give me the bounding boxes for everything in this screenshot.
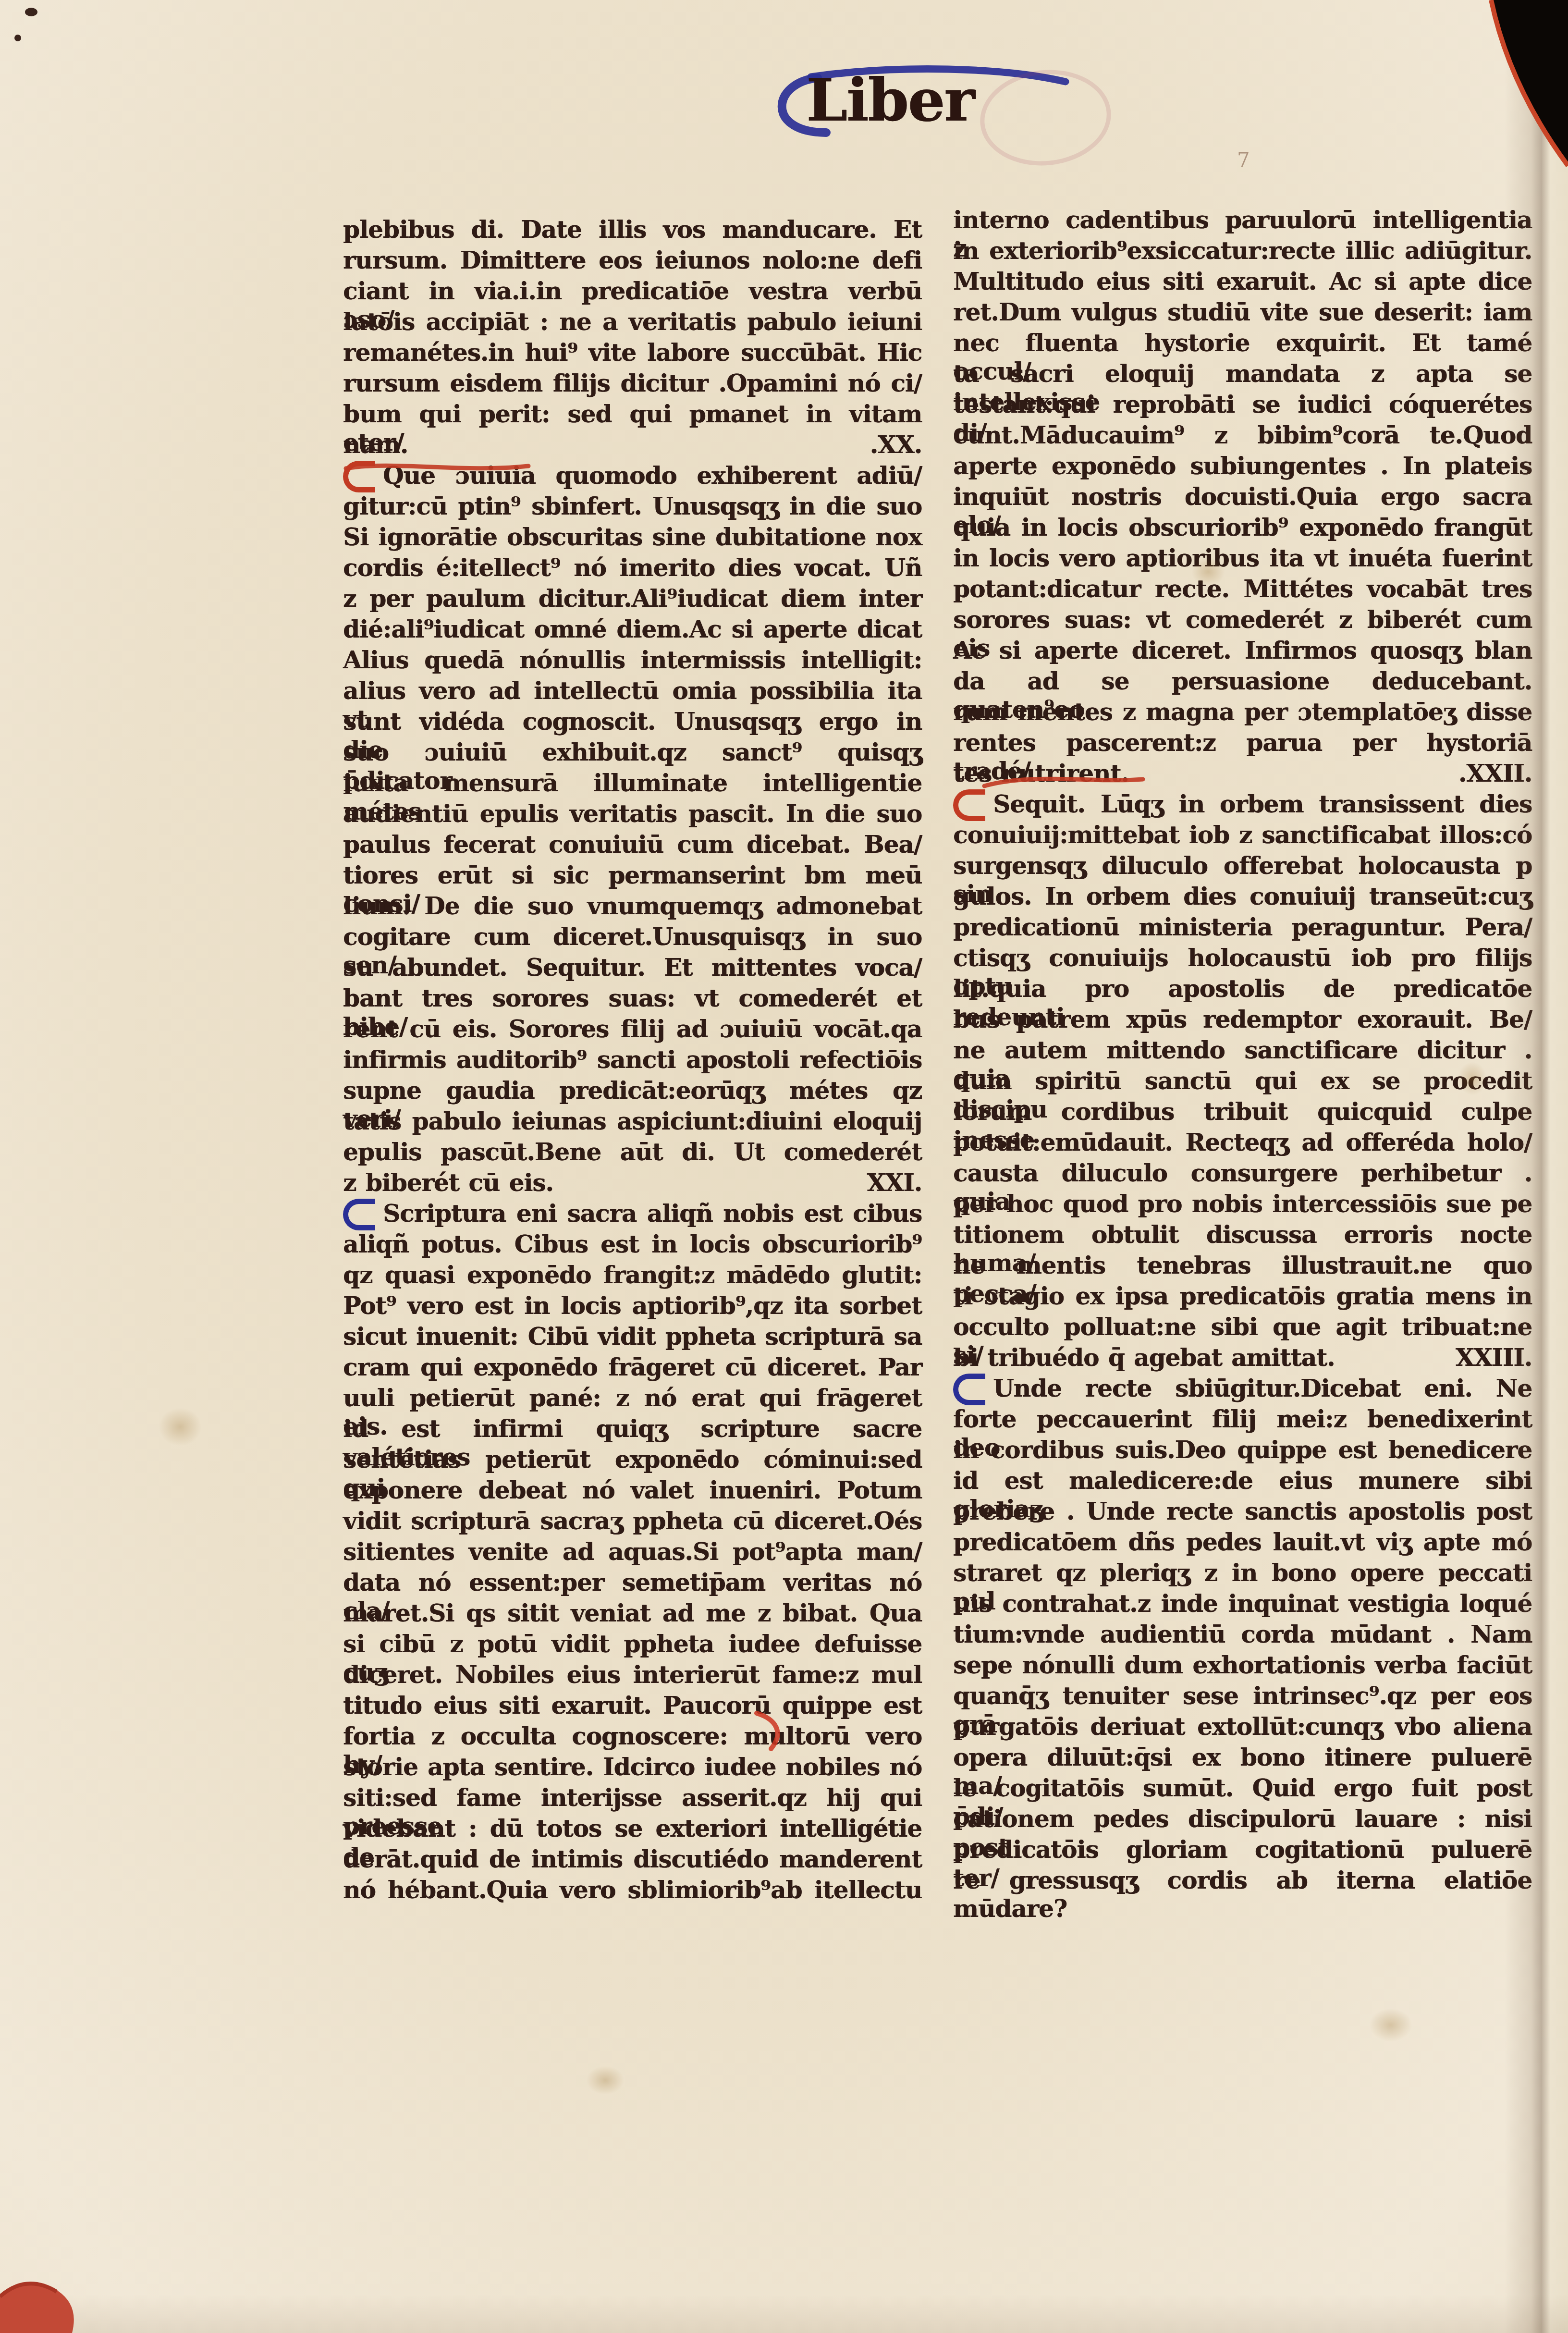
- text-line: ne autem mittendo sanctificare dicitur .…: [953, 1036, 1532, 1067]
- text-line: videbant : dū totos se exteriori intelli…: [343, 1814, 922, 1845]
- text-line: cram qui exponēdo frāgeret cū diceret. P…: [343, 1353, 922, 1384]
- text-line: nó hébant.Quia vero sblimiorib⁹ab itelle…: [343, 1876, 922, 1906]
- line-text: cunt.Māducauim⁹ z bibim⁹corā te.Quod: [953, 421, 1532, 449]
- text-line: si cibū z potū vidit ppheta iudee defuis…: [343, 1630, 922, 1660]
- text-line: re gressusqʒ cordis ab iterna elatiōe mū…: [953, 1866, 1532, 1897]
- text-line: Sequit. Lūqʒ in orbem transissent dies: [953, 790, 1532, 821]
- line-text: uis contrahat.z inde inquinat vestigia l…: [953, 1589, 1532, 1618]
- line-text: purgatōis deriuat extollūt:cunqʒ vbo ali…: [953, 1712, 1532, 1741]
- text-line: quanq̄ʒ tenuiter sese intrinsec⁹.qz per …: [953, 1682, 1532, 1712]
- foxing-spot: [586, 2066, 625, 2095]
- text-line: maret.Si qs sitit veniat ad me z bibat. …: [343, 1599, 922, 1630]
- text-line: titionem obtulit discussa erroris nocte …: [953, 1220, 1532, 1251]
- text-line: paulus fecerat conuiuiū cum dicebat. Bea…: [343, 830, 922, 861]
- line-text: nó hébant.Quia vero sblimiorib⁹ab itelle…: [343, 1876, 922, 1904]
- text-line: uis contrahat.z inde inquinat vestigia l…: [953, 1589, 1532, 1620]
- line-text: paulus fecerat conuiuiū cum dicebat. Bea…: [343, 830, 922, 859]
- line-text: rursum eisdem filijs dicitur .Opamini nó…: [343, 369, 922, 397]
- text-line: prebere . Unde recte sanctis apostolis p…: [953, 1497, 1532, 1528]
- line-text: derāt.quid de intimis discutiédo mandere…: [343, 1845, 922, 1873]
- text-line: sicut inuenit: Cibū vidit ppheta scriptu…: [343, 1322, 922, 1353]
- text-line: dum spiritū sanctū qui ex se procedit di…: [953, 1067, 1532, 1097]
- text-line: id est maledicere:de eius munere sibi gl…: [953, 1466, 1532, 1497]
- text-line: bus patrem xpūs redemptor exorauit. Be/: [953, 1005, 1532, 1036]
- text-line: aperte exponēdo subiungentes . In platei…: [953, 452, 1532, 482]
- book-photo: { "header": { "title": "Liber" }, "chapt…: [0, 0, 1568, 2333]
- text-line: latōis accipiāt : ne a veritatis pabulo …: [343, 307, 922, 338]
- text-line: purgatōis deriuat extollūt:cunqʒ vbo ali…: [953, 1712, 1532, 1743]
- text-line: tium:vnde audientiū corda mūdant . Nam: [953, 1620, 1532, 1651]
- chapter-number: .XX.: [870, 430, 922, 459]
- line-text: in locis vero aptioribus ita vt inuéta f…: [953, 544, 1532, 572]
- foxing-spot: [1191, 557, 1225, 586]
- text-line: forte peccauerint filij mei:z benedixeri…: [953, 1405, 1532, 1436]
- line-text: ti ɔtagio ex ipsa predicatōis gratia men…: [953, 1282, 1532, 1310]
- line-text: titudo eius siti exaruit. Paucorū quippe…: [343, 1691, 922, 1719]
- text-line: remanétes.in hui⁹ vite labore succūbāt. …: [343, 338, 922, 369]
- text-line: dié:ali⁹iudicat omné diem.Ac si aperte d…: [343, 615, 922, 646]
- text-line: fortia z occulta cognoscere: multorū ver…: [343, 1722, 922, 1753]
- line-text: in exteriorib⁹exsiccatur:recte illic adi…: [953, 236, 1532, 265]
- text-line: derāt.quid de intimis discutiédo mandere…: [343, 1845, 922, 1876]
- page-paper: Liber 7 plebibus di. Date illis vos mand…: [0, 0, 1568, 2333]
- line-text: cordis é:itellect⁹ nó imerito dies vocat…: [343, 553, 922, 582]
- text-line: potuit:emūdauit. Recteqʒ ad offeréda hol…: [953, 1128, 1532, 1159]
- line-text: Alius quedā nónullis intermissis intelli…: [343, 646, 922, 674]
- text-line: iuxta mensurā illuminate intelligentie m…: [343, 769, 922, 799]
- text-line: Unde recte sbiūgitur.Dicebat eni. Ne: [953, 1374, 1532, 1405]
- text-line: causta diluculo consurgere perhibetur . …: [953, 1159, 1532, 1190]
- text-line: gitur:cū ptin⁹ sbinfert. Unusqsqʒ in die…: [343, 492, 922, 523]
- text-line: rursum. Dimittere eos ieiunos nolo:ne de…: [343, 246, 922, 277]
- text-line: tatis pabulo ieiunas aspiciunt:diuini el…: [343, 1107, 922, 1138]
- line-text: gitur:cū ptin⁹ sbinfert. Unusqsqʒ in die…: [343, 492, 922, 520]
- text-line: diceret. Nobiles eius interierūt fame:z …: [343, 1660, 922, 1691]
- text-line: Si ignorātie obscuritas sine dubitatione…: [343, 523, 922, 553]
- text-line: potant:dicatur recte. Mittétes vocabāt t…: [953, 575, 1532, 605]
- text-line: id est infirmi quiqʒ scripture sacre val…: [343, 1414, 922, 1445]
- line-text: rum mentes z magna per ɔtemplatōeʒ disse: [953, 698, 1532, 726]
- text-column-right: interno cadentibus paruulorū intelligent…: [953, 206, 1532, 1897]
- line-text: su abundet. Sequitur. Et mittentes voca/: [343, 953, 922, 982]
- bottom-left-red-edge: [0, 2247, 96, 2333]
- text-line: bum qui perit: sed qui pmanet in vitam e…: [343, 400, 922, 430]
- line-text: diceret. Nobiles eius interierūt fame:z …: [343, 1660, 922, 1689]
- text-line: epulis pascūt.Bene aūt di. Ut comederét: [343, 1138, 922, 1168]
- text-line: plebibus di. Date illis vos manducare. E…: [343, 215, 922, 246]
- text-line: sepe nónulli dum exhortationis verba fac…: [953, 1651, 1532, 1682]
- line-text: re gressusqʒ cordis ab iterna elatiōe mū…: [953, 1866, 1532, 1923]
- text-line: inquiūt nostris docuisti.Quia ergo sacra…: [953, 482, 1532, 513]
- text-line: sentétias petierūt exponēdo cóminui:sed …: [343, 1445, 922, 1476]
- text-line: titudo eius siti exaruit. Paucorū quippe…: [343, 1691, 922, 1722]
- text-line: audientiū epulis veritatis pascit. In di…: [343, 799, 922, 830]
- line-text: epulis pascūt.Bene aūt di. Ut comederét: [343, 1138, 922, 1166]
- text-line: ne mentis tenebras illustrauit.ne quo pe…: [953, 1251, 1532, 1282]
- text-line: sitientes venite ad aquas.Si pot⁹apta ma…: [343, 1537, 922, 1568]
- line-text: sepe nónulli dum exhortationis verba fac…: [953, 1651, 1532, 1679]
- text-line: testant:qui reprobāti se iudici cóquerét…: [953, 390, 1532, 421]
- text-line: lium. De die suo vnumquemqʒ admonebat: [343, 892, 922, 922]
- line-text: sitientes venite ad aquas.Si pot⁹apta ma…: [343, 1537, 922, 1566]
- line-text: bi tribuédo q̄ agebat amittat.: [953, 1343, 1443, 1372]
- text-line: predicatōis gloriam cogitationū puluerē …: [953, 1835, 1532, 1866]
- line-text: conuiuij:mittebat iob z sanctificabat il…: [953, 821, 1532, 849]
- line-text: Si ignorātie obscuritas sine dubitatione…: [343, 523, 922, 551]
- text-line: data nó essent:per semetip̄am veritas nó…: [343, 1568, 922, 1599]
- line-text: ret.Dum vulgus studiū vite sue deserit: …: [953, 298, 1532, 326]
- text-line: vidit scripturā sacraʒ ppheta cū diceret…: [343, 1507, 922, 1537]
- text-line: straret qz pleriqʒ z in bono opere pecca…: [953, 1559, 1532, 1589]
- red-margin-mark: [742, 1705, 800, 1757]
- text-line: supne gaudia predicāt:eorūqʒ métes qz ve…: [343, 1076, 922, 1107]
- line-text: rursum. Dimittere eos ieiunos nolo:ne de…: [343, 246, 922, 274]
- text-line: predicatōem dñs pedes lauit.vt viʒ apte …: [953, 1528, 1532, 1559]
- line-text: lium. De die suo vnumquemqʒ admonebat: [343, 892, 922, 920]
- text-line: suo ɔuiuiū exhibuit.qz sanct⁹ quisqʒ p̄d…: [343, 738, 922, 769]
- ink-fleck: [25, 8, 37, 16]
- text-line: rum mentes z magna per ɔtemplatōeʒ disse: [953, 698, 1532, 728]
- paraph-icon: [953, 789, 985, 821]
- text-line: aliqñ potus. Cibus est in locis obscurio…: [343, 1230, 922, 1261]
- pen-mark: 7: [1237, 148, 1250, 172]
- text-line: z biberét cū eis.XXI.: [343, 1168, 922, 1199]
- text-line: gulos. In orbem dies conuiuij transeūt:c…: [953, 882, 1532, 913]
- text-line: rentes pascerent:z parua per hystoriā tr…: [953, 728, 1532, 759]
- line-text: infirmis auditorib⁹ sancti apostoli refe…: [343, 1045, 922, 1074]
- text-line: su abundet. Sequitur. Et mittentes voca/: [343, 953, 922, 984]
- line-text: qz quasi exponēdo frangit:z mādēdo gluti…: [343, 1261, 922, 1289]
- line-text: Ac si aperte diceret. Infirmos quosqʒ bl…: [953, 636, 1532, 664]
- text-line: lit.quia pro apostolis de predicatōe red…: [953, 974, 1532, 1005]
- red-flourish-left: [336, 452, 538, 480]
- foxing-spot: [159, 1408, 202, 1446]
- text-line: nec fluenta hystorie exquirit. Et tamé o…: [953, 329, 1532, 359]
- line-text: latōis accipiāt : ne a veritatis pabulo …: [343, 307, 922, 336]
- text-line: qz quasi exponēdo frangit:z mādēdo gluti…: [343, 1261, 922, 1291]
- text-line: lorum cordibus tribuit quicquid culpe in…: [953, 1097, 1532, 1128]
- line-text: predicationū ministeria peraguntur. Pera…: [953, 913, 1532, 941]
- line-text: potant:dicatur recte. Mittétes vocabāt t…: [953, 575, 1532, 603]
- line-text: Pot⁹ vero est in locis aptiorib⁹,qz ita …: [343, 1291, 922, 1320]
- line-text: audientiū epulis veritatis pascit. In di…: [343, 799, 922, 828]
- text-line: in exteriorib⁹exsiccatur:recte illic adi…: [953, 236, 1532, 267]
- text-line: z per paulum dicitur.Ali⁹iudicat diem in…: [343, 584, 922, 615]
- paraph-icon: [953, 1374, 985, 1405]
- text-line: occulto polluat:ne sibi que agit tribuat…: [953, 1313, 1532, 1343]
- text-line: quia in locis obscuriorib⁹ exponēdo fran…: [953, 513, 1532, 544]
- text-line: cationem pedes discipulorū lauare : nisi…: [953, 1805, 1532, 1835]
- text-line: tiores erūt si sic permanserint bm meū c…: [343, 861, 922, 892]
- text-line: cunt.Māducauim⁹ z bibim⁹corā te.Quod: [953, 421, 1532, 452]
- line-text: tium:vnde audientiū corda mūdant . Nam: [953, 1620, 1532, 1648]
- line-text: predicatōem dñs pedes lauit.vt viʒ apte …: [953, 1528, 1532, 1556]
- red-flourish-right: [978, 767, 1151, 794]
- text-line: rursum eisdem filijs dicitur .Opamini nó…: [343, 369, 922, 400]
- line-text: bus patrem xpūs redemptor exorauit. Be/: [953, 1005, 1532, 1033]
- text-line: sorores suas: vt comederét z biberét cum…: [953, 605, 1532, 636]
- line-text: exponere debeat nó valet inueniri. Potum: [343, 1476, 922, 1504]
- page-curl-shadow: [1505, 0, 1568, 2333]
- text-line: cogitare cum diceret.Unusquisqʒ in suo s…: [343, 922, 922, 953]
- line-text: z biberét cū eis.: [343, 1168, 855, 1197]
- text-line: Ac si aperte diceret. Infirmos quosqʒ bl…: [953, 636, 1532, 667]
- text-line: in cordibus suis.Deo quippe est benedice…: [953, 1436, 1532, 1466]
- text-line: conuiuij:mittebat iob z sanctificabat il…: [953, 821, 1532, 851]
- top-right-corner-background: [1472, 0, 1568, 173]
- line-text: plebibus di. Date illis vos manducare. E…: [343, 215, 922, 244]
- line-text: aliqñ potus. Cibus est in locis obscurio…: [343, 1230, 922, 1258]
- text-line: surgensqʒ diluculo offerebat holocausta …: [953, 851, 1532, 882]
- text-line: Alius quedā nónullis intermissis intelli…: [343, 646, 922, 676]
- line-text: maret.Si qs sitit veniat ad me z bibat. …: [343, 1599, 922, 1627]
- text-line: storie apta sentire. Idcirco iudee nobil…: [343, 1753, 922, 1783]
- text-line: interno cadentibus paruulorū intelligent…: [953, 206, 1532, 236]
- text-line: exponere debeat nó valet inueniri. Potum: [343, 1476, 922, 1507]
- line-text: aperte exponēdo subiungentes . In platei…: [953, 452, 1532, 480]
- text-line: ctisqʒ conuiuijs holocaustū iob pro fili…: [953, 944, 1532, 974]
- text-line: Pot⁹ vero est in locis aptiorib⁹,qz ita …: [343, 1291, 922, 1322]
- line-text: Multitudo eius siti exaruit. Ac si apte …: [953, 267, 1532, 295]
- ink-fleck: [14, 35, 21, 41]
- line-text: sicut inuenit: Cibū vidit ppheta scriptu…: [343, 1322, 922, 1351]
- bottom-shadow: [0, 2295, 1568, 2333]
- text-line: sunt vidéda cognoscit. Unusqsqʒ ergo in …: [343, 707, 922, 738]
- text-line: ciant in via.i.in predicatiōe vestra ver…: [343, 277, 922, 307]
- text-line: opera diluūt:q̄si ex bono itinere puluer…: [953, 1743, 1532, 1774]
- text-line: bant tres sorores suas: vt comederét et …: [343, 984, 922, 1015]
- text-line: alius vero ad intellectū omia possibilia…: [343, 676, 922, 707]
- text-line: ti ɔtagio ex ipsa predicatōis gratia men…: [953, 1282, 1532, 1313]
- text-line: uuli petierūt pané: z nó erat qui frāger…: [343, 1384, 922, 1414]
- line-text: Unde recte sbiūgitur.Dicebat eni. Ne: [993, 1374, 1532, 1402]
- line-text: quia in locis obscuriorib⁹ exponēdo fran…: [953, 513, 1532, 541]
- text-line: rent cū eis. Sorores filij ad ɔuiuiū voc…: [343, 1015, 922, 1045]
- line-text: prebere . Unde recte sanctis apostolis p…: [953, 1497, 1532, 1525]
- chapter-number: XXI.: [867, 1168, 922, 1197]
- foxing-spot: [1458, 1062, 1487, 1095]
- line-text: storie apta sentire. Idcirco iudee nobil…: [343, 1753, 922, 1781]
- line-text: in cordibus suis.Deo quippe est benedice…: [953, 1436, 1532, 1464]
- line-text: Sequit. Lūqʒ in orbem transissent dies: [993, 790, 1532, 818]
- text-line: Multitudo eius siti exaruit. Ac si apte …: [953, 267, 1532, 298]
- paraph-icon: [343, 1199, 375, 1230]
- line-text: gulos. In orbem dies conuiuij transeūt:c…: [953, 882, 1532, 910]
- text-line: in locis vero aptioribus ita vt inuéta f…: [953, 544, 1532, 575]
- line-text: z per paulum dicitur.Ali⁹iudicat diem in…: [343, 584, 922, 613]
- line-text: tatis pabulo ieiunas aspiciunt:diuini el…: [343, 1107, 922, 1135]
- line-text: potuit:emūdauit. Recteqʒ ad offeréda hol…: [953, 1128, 1532, 1156]
- text-line: infirmis auditorib⁹ sancti apostoli refe…: [343, 1045, 922, 1076]
- line-text: per hoc quod pro nobis intercessiōis sue…: [953, 1190, 1532, 1218]
- line-text: cram qui exponēdo frāgeret cū diceret. P…: [343, 1353, 922, 1381]
- text-line: ret.Dum vulgus studiū vite sue deserit: …: [953, 298, 1532, 329]
- running-header: Liber 7: [754, 57, 1187, 172]
- text-line: siti:sed fame interijsse asserit.qz hij …: [343, 1783, 922, 1814]
- text-line: Scriptura eni sacra aliqñ nobis est cibu…: [343, 1199, 922, 1230]
- text-line: cordis é:itellect⁹ nó imerito dies vocat…: [343, 553, 922, 584]
- text-line: predicationū ministeria peraguntur. Pera…: [953, 913, 1532, 944]
- text-line: ta sacri eloquij mandata z apta se intel…: [953, 359, 1532, 390]
- line-text: rent cū eis. Sorores filij ad ɔuiuiū voc…: [343, 1015, 922, 1043]
- line-text: vidit scripturā sacraʒ ppheta cū diceret…: [343, 1507, 922, 1535]
- page-title: Liber: [806, 65, 974, 135]
- foxing-spot: [1369, 2008, 1412, 2042]
- line-text: dié:ali⁹iudicat omné diem.Ac si aperte d…: [343, 615, 922, 643]
- text-line: per hoc quod pro nobis intercessiōis sue…: [953, 1190, 1532, 1220]
- line-text: Scriptura eni sacra aliqñ nobis est cibu…: [383, 1199, 922, 1228]
- text-line: le cogitatōis sumūt. Quid ergo fuit post…: [953, 1774, 1532, 1805]
- text-line: da ad se persuasione deducebant. quaten⁹…: [953, 667, 1532, 698]
- line-text: remanétes.in hui⁹ vite labore succūbāt. …: [343, 338, 922, 367]
